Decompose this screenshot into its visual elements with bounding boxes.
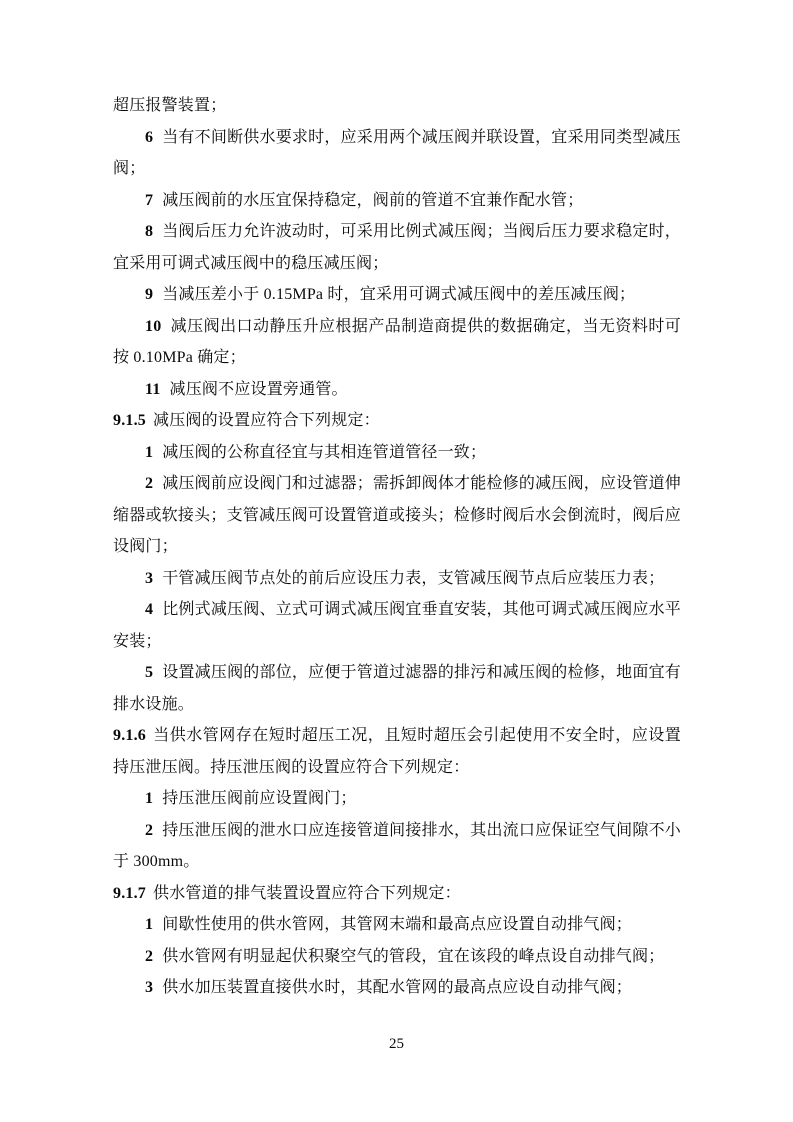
list-item-2: 2减压阀前应设阀门和过滤器；需拆卸阀体才能检修的减压阀，应设管道伸缩器或软接头；… — [113, 468, 681, 563]
paragraph-text: 减压阀的设置应符合下列规定： — [153, 412, 380, 429]
section-number: 9.1.5 — [113, 412, 146, 429]
list-item-8: 8当阀后压力允许波动时，可采用比例式减压阀；当阀后压力要求稳定时，宜采用可调式减… — [113, 216, 681, 279]
paragraph-text: 供水管道的排气装置设置应符合下列规定： — [153, 885, 461, 902]
item-number: 2 — [145, 475, 153, 492]
paragraph-text: 干管减压阀节点处的前后应设压力表，支管减压阀节点后应装压力表； — [162, 570, 664, 587]
list-item-7: 7减压阀前的水压宜保持稳定，阀前的管道不宜兼作配水管； — [113, 185, 681, 217]
section-number: 9.1.6 — [113, 727, 146, 744]
list-item-5: 5设置减压阀的部位，应便于管道过滤器的排污和减压阀的检修，地面宜有排水设施。 — [113, 657, 681, 720]
list-item-1: 1间歇性使用的供水管网，其管网末端和最高点应设置自动排气阀； — [113, 909, 681, 941]
item-number: 1 — [145, 916, 153, 933]
document-page: 超压报警装置； 6当有不间断供水要求时，应采用两个减压阀并联设置，宜采用同类型减… — [0, 0, 793, 1122]
item-number: 3 — [145, 570, 153, 587]
paragraph-text: 减压阀不应设置旁通管。 — [170, 381, 348, 398]
paragraph-text: 当减压差小于 0.15MPa 时，宜采用可调式减压阀中的差压减压阀； — [162, 286, 635, 303]
item-number: 5 — [145, 664, 153, 681]
paragraph-text: 当供水管网存在短时超压工况，且短时超压会引起使用不安全时，应设置持压泄压阀。持压… — [113, 727, 681, 776]
item-number: 2 — [145, 948, 153, 965]
paragraph-text: 持压泄压阀的泄水口应连接管道间接排水，其出流口应保证空气间隙不小于 300mm。 — [113, 822, 681, 871]
item-number: 11 — [145, 381, 161, 398]
list-item-1: 1减压阀的公称直径宜与其相连管道管径一致； — [113, 437, 681, 469]
paragraph-text: 比例式减压阀、立式可调式减压阀宜垂直安装，其他可调式减压阀应水平安装； — [113, 601, 681, 650]
list-item-3: 3供水加压装置直接供水时，其配水管网的最高点应设自动排气阀； — [113, 972, 681, 1004]
paragraph-text: 减压阀的公称直径宜与其相连管道管径一致； — [162, 444, 486, 461]
paragraph-text: 当阀后压力允许波动时，可采用比例式减压阀；当阀后压力要求稳定时，宜采用可调式减压… — [113, 223, 681, 272]
list-item-11: 11减压阀不应设置旁通管。 — [113, 374, 681, 406]
list-item-2: 2持压泄压阀的泄水口应连接管道间接排水，其出流口应保证空气间隙不小于 300mm… — [113, 815, 681, 878]
paragraph-text: 超压报警装置； — [113, 97, 226, 114]
list-item-6: 6当有不间断供水要求时，应采用两个减压阀并联设置，宜采用同类型减压阀； — [113, 122, 681, 185]
item-number: 9 — [145, 286, 153, 303]
section-heading-9-1-5: 9.1.5减压阀的设置应符合下列规定： — [113, 405, 681, 437]
paragraph-text: 持压泄压阀前应设置阀门； — [162, 790, 356, 807]
paragraph-text: 供水加压装置直接供水时，其配水管网的最高点应设自动排气阀； — [162, 979, 632, 996]
paragraph-continuation: 超压报警装置； — [113, 90, 681, 122]
paragraph-text: 减压阀出口动静压升应根据产品制造商提供的数据确定，当无资料时可按 0.10MPa… — [113, 318, 681, 367]
item-number: 7 — [145, 192, 153, 209]
item-number: 4 — [145, 601, 153, 618]
paragraph-text: 当有不间断供水要求时，应采用两个减压阀并联设置，宜采用同类型减压阀； — [113, 129, 681, 178]
paragraph-text: 减压阀前的水压宜保持稳定，阀前的管道不宜兼作配水管； — [162, 192, 583, 209]
list-item-3: 3干管减压阀节点处的前后应设压力表，支管减压阀节点后应装压力表； — [113, 563, 681, 595]
section-heading-9-1-7: 9.1.7供水管道的排气装置设置应符合下列规定： — [113, 878, 681, 910]
section-heading-9-1-6: 9.1.6当供水管网存在短时超压工况，且短时超压会引起使用不安全时，应设置持压泄… — [113, 720, 681, 783]
item-number: 10 — [145, 318, 161, 335]
item-number: 2 — [145, 822, 153, 839]
list-item-4: 4比例式减压阀、立式可调式减压阀宜垂直安装，其他可调式减压阀应水平安装； — [113, 594, 681, 657]
list-item-10: 10减压阀出口动静压升应根据产品制造商提供的数据确定，当无资料时可按 0.10M… — [113, 311, 681, 374]
item-number: 1 — [145, 444, 153, 461]
paragraph-text: 设置减压阀的部位，应便于管道过滤器的排污和减压阀的检修，地面宜有排水设施。 — [113, 664, 681, 713]
item-number: 8 — [145, 223, 153, 240]
paragraph-text: 供水管网有明显起伏积聚空气的管段，宜在该段的峰点设自动排气阀； — [162, 948, 664, 965]
item-number: 3 — [145, 979, 153, 996]
list-item-2: 2供水管网有明显起伏积聚空气的管段，宜在该段的峰点设自动排气阀； — [113, 941, 681, 973]
paragraph-text: 间歇性使用的供水管网，其管网末端和最高点应设置自动排气阀； — [162, 916, 632, 933]
document-body: 超压报警装置； 6当有不间断供水要求时，应采用两个减压阀并联设置，宜采用同类型减… — [113, 90, 681, 1004]
list-item-9: 9当减压差小于 0.15MPa 时，宜采用可调式减压阀中的差压减压阀； — [113, 279, 681, 311]
section-number: 9.1.7 — [113, 885, 146, 902]
list-item-1: 1持压泄压阀前应设置阀门； — [113, 783, 681, 815]
item-number: 6 — [145, 129, 153, 146]
item-number: 1 — [145, 790, 153, 807]
page-number: 25 — [0, 1034, 793, 1054]
paragraph-text: 减压阀前应设阀门和过滤器；需拆卸阀体才能检修的减压阀，应设管道伸缩器或软接头；支… — [113, 475, 681, 555]
